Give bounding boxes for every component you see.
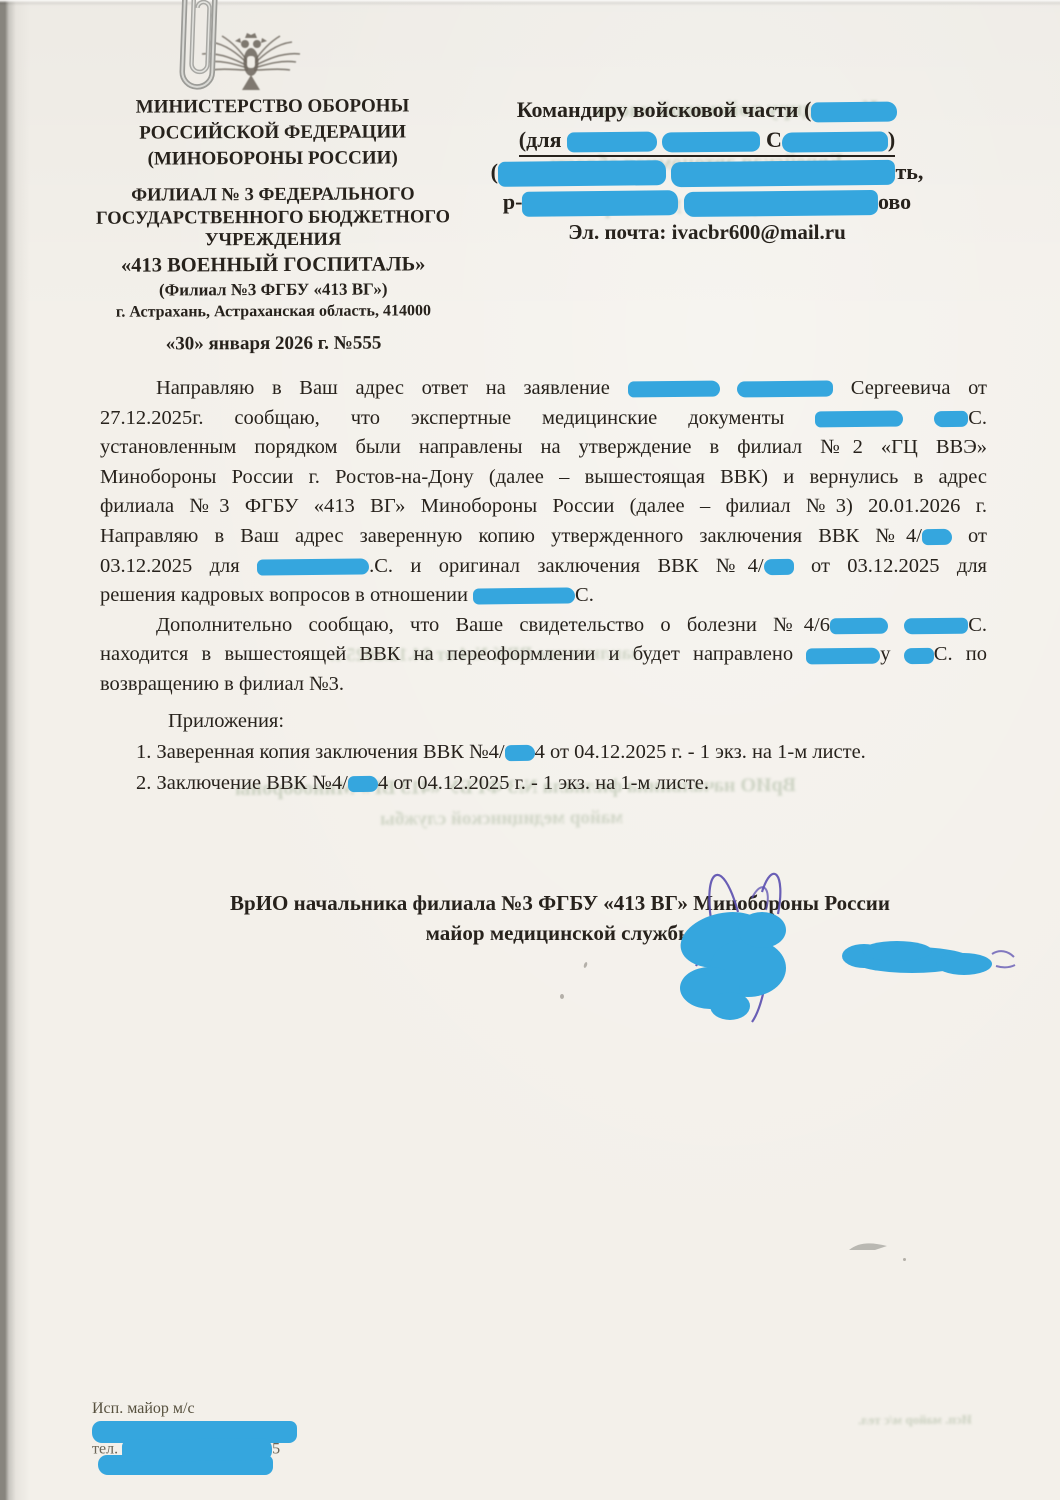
redaction-mark	[815, 410, 903, 427]
bleedthrough-text: Исп. майор м/с тел.	[858, 1412, 972, 1429]
sender-address: г. Астрахань, Астраханская область, 4140…	[78, 300, 468, 323]
body-line: Направляю в Ваш адрес заверенную копию у…	[100, 522, 987, 552]
body-line: находится в вышестоящей ВВК на переоформ…	[100, 640, 987, 670]
ink-speck	[583, 962, 588, 969]
sender-branch-line: ГОСУДАРСТВЕННОГО БЮДЖЕТНОГО	[78, 206, 468, 230]
redaction-mark	[782, 131, 888, 152]
attachments-block: Приложения: 1. Заверенная копия заключен…	[100, 706, 987, 799]
sender-letterhead: МИНИСТЕРСТВО ОБОРОНЫ РОССИЙСКОЙ ФЕДЕРАЦИ…	[77, 93, 468, 355]
redaction-mark	[904, 618, 968, 635]
redaction-mark	[257, 558, 369, 575]
ink-speck	[903, 1258, 906, 1261]
recipient-line-region: ( ть,	[442, 157, 972, 187]
recipient-person-underlined: (для С)	[519, 125, 895, 157]
redaction-mark	[122, 1438, 272, 1462]
redaction-mark	[934, 411, 968, 427]
body-line: установленным порядком были направлены н…	[100, 433, 987, 463]
executor-phone-redacted: тел. 5	[92, 1439, 297, 1461]
signature-redaction-area	[612, 848, 1052, 1048]
body-line: Минобороны России г. Ростов-на-Дону (дал…	[100, 463, 987, 493]
executor-block: Исп. майор м/с тел. 5	[92, 1399, 297, 1475]
redaction-mark	[904, 647, 934, 663]
executor-line: Исп. майор м/с	[92, 1399, 297, 1419]
pen-mark	[845, 1238, 891, 1256]
redaction-mark	[811, 102, 897, 123]
redaction-mark	[498, 161, 666, 188]
redaction-mark	[348, 776, 378, 792]
redaction-mark	[830, 618, 888, 635]
redaction-mark	[764, 559, 794, 575]
recipient-email: Эл. почта: ivacbr600@mail.ru	[442, 217, 972, 247]
paperclip-icon	[164, 0, 240, 111]
body-line: 27.12.2025г. сообщаю, что экспертные мед…	[100, 404, 987, 434]
sender-branch-line: УЧРЕЖДЕНИЯ	[78, 228, 468, 252]
signature-redaction-blob	[675, 904, 786, 1020]
sender-hospital-name: «413 ВОЕННЫЙ ГОСПИТАЛЬ»	[78, 252, 468, 278]
sender-org-line: МИНИСТЕРСТВО ОБОРОНЫ	[77, 93, 467, 121]
redaction-mark	[737, 381, 833, 398]
attachment-item: 2. Заключение ВВК №4/4 от 04.12.2025 г. …	[100, 768, 987, 799]
ink-speck	[560, 994, 564, 999]
bleedthrough-text: майор медицинской службы	[380, 807, 623, 831]
redaction-mark	[806, 647, 880, 664]
sender-org-line: РОССИЙСКОЙ ФЕДЕРАЦИИ	[78, 119, 468, 147]
redaction-mark	[505, 745, 535, 761]
sender-branch-short-name: (Филиал №3 ФГБУ «413 ВГ»)	[78, 278, 468, 302]
redaction-mark	[522, 191, 678, 218]
letter-body: Направляю в Ваш адрес ответ на заявление…	[100, 374, 987, 700]
scanned-letter-page: Командиру войсковой части Еврейская авто…	[0, 0, 1060, 1500]
recipient-line-person: (для С)	[442, 125, 972, 157]
recipient-block: Командиру войсковой части ( (для С) ( ть…	[442, 95, 972, 247]
body-line: возвращению в филиал №3.	[100, 670, 987, 700]
body-line: решения кадровых вопросов в отношении С.	[100, 581, 987, 611]
redaction-mark	[567, 131, 657, 152]
sender-branch-line: ФИЛИАЛ № 3 ФЕДЕРАЛЬНОГО	[78, 183, 468, 207]
redaction-mark	[922, 529, 952, 545]
redaction-mark	[627, 381, 719, 398]
attachments-heading: Приложения:	[100, 706, 987, 737]
sender-org-line: (МИНОБОРОНЫ РОССИИ)	[78, 145, 468, 173]
recipient-line-unit: Командиру войсковой части (	[442, 95, 972, 125]
redaction-mark	[473, 588, 575, 605]
letter-date-number: «30» января 2026 г. №555	[78, 332, 468, 356]
redaction-mark	[684, 190, 878, 217]
signer-name-redaction-blob	[842, 941, 992, 975]
body-line: Дополнительно сообщаю, что Ваше свидетел…	[100, 611, 987, 641]
recipient-line-district: р- ово	[442, 187, 972, 217]
redaction-mark	[662, 131, 760, 152]
body-line: филиала №3 ФГБУ «413 ВГ» Минобороны Росс…	[100, 492, 987, 522]
body-line: Направляю в Ваш адрес ответ на заявление…	[100, 374, 987, 404]
body-line: 03.12.2025 для .С. и оригинал заключения…	[100, 552, 987, 582]
attachment-item: 1. Заверенная копия заключения ВВК №4/4 …	[100, 737, 987, 768]
redaction-mark	[671, 160, 895, 187]
